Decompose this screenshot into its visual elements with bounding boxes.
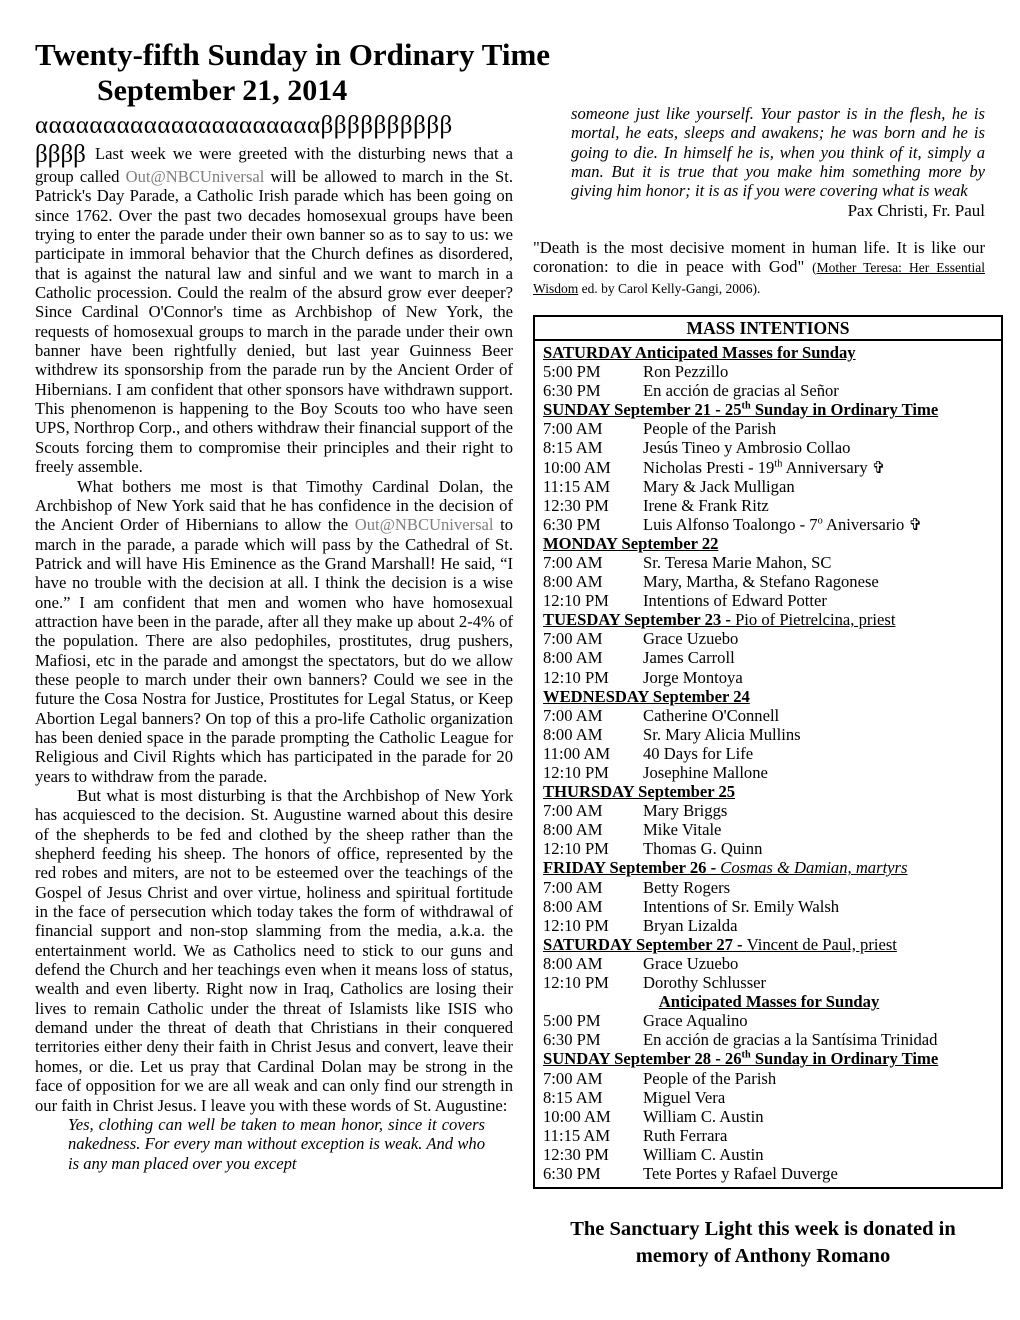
mass-intention: William C. Austin: [643, 1107, 995, 1126]
mass-time: 10:00 AM: [543, 458, 643, 477]
mass-intention: En acción de gracias al Señor: [643, 381, 995, 400]
mass-time: 12:10 PM: [543, 839, 643, 858]
mass-intention: Mary Briggs: [643, 801, 995, 820]
mass-intention: Mike Vitale: [643, 820, 995, 839]
mass-time: 12:10 PM: [543, 763, 643, 782]
mass-intention: People of the Parish: [643, 1069, 995, 1088]
mass-intention-row: 5:00 PMRon Pezzillo: [543, 362, 995, 381]
mass-time: 5:00 PM: [543, 362, 643, 381]
mass-intention: Sr. Mary Alicia Mullins: [643, 725, 995, 744]
augustine-quote: Yes, clothing can well be taken to mean …: [68, 1115, 485, 1173]
mass-time: 11:00 AM: [543, 744, 643, 763]
mass-intention: Thomas G. Quinn: [643, 839, 995, 858]
mass-intention-row: 11:15 AMMary & Jack Mulligan: [543, 477, 995, 496]
mass-intentions-title: MASS INTENTIONS: [535, 317, 1001, 341]
mass-intention-row: 8:00 AMGrace Uzuebo: [543, 954, 995, 973]
mass-time: 12:10 PM: [543, 973, 643, 992]
mass-intentions-day-header: Anticipated Masses for Sunday: [543, 992, 995, 1011]
greek-placeholder-line: αααααααααααααααααααααββββββββββ: [35, 109, 513, 142]
mass-intentions-table: MASS INTENTIONS SATURDAY Anticipated Mas…: [533, 315, 1003, 1189]
mass-intention: Grace Uzuebo: [643, 629, 995, 648]
mass-time: 5:00 PM: [543, 1011, 643, 1030]
mass-intention-row: 12:10 PMThomas G. Quinn: [543, 839, 995, 858]
mass-intention-row: 6:30 PMTete Portes y Rafael Duverge: [543, 1164, 995, 1183]
mass-time: 11:15 AM: [543, 1126, 643, 1145]
mass-intentions-body: SATURDAY Anticipated Masses for Sunday5:…: [535, 341, 1001, 1187]
mass-time: 7:00 AM: [543, 419, 643, 438]
mass-intentions-day-header: SUNDAY September 21 - 25th Sunday in Ord…: [543, 400, 995, 419]
mass-intention-row: 12:30 PMIrene & Frank Ritz: [543, 496, 995, 515]
sanctuary-light-line: memory of Anthony Romano: [533, 1243, 993, 1270]
mass-intention: Grace Uzuebo: [643, 954, 995, 973]
mass-intention-row: 7:00 AMPeople of the Parish: [543, 419, 995, 438]
mass-time: 7:00 AM: [543, 706, 643, 725]
letter-paragraph: But what is most disturbing is that the …: [35, 786, 513, 1115]
page-date: September 21, 2014: [97, 73, 513, 109]
mass-intention-row: 8:00 AMIntentions of Sr. Emily Walsh: [543, 897, 995, 916]
mass-intention: Betty Rogers: [643, 878, 995, 897]
mass-intention: Miguel Vera: [643, 1088, 995, 1107]
mass-intention-row: 7:00 AMCatherine O'Connell: [543, 706, 995, 725]
mass-intention-row: 8:00 AMMary, Martha, & Stefano Ragonese: [543, 572, 995, 591]
mass-intention-row: 7:00 AMBetty Rogers: [543, 878, 995, 897]
mass-time: 8:00 AM: [543, 820, 643, 839]
mass-intention-row: 8:15 AMMiguel Vera: [543, 1088, 995, 1107]
letter-paragraph: What bothers me most is that Timothy Car…: [35, 477, 513, 787]
mass-time: 7:00 AM: [543, 553, 643, 572]
mass-intention: Jorge Montoya: [643, 668, 995, 687]
mass-intention: Ruth Ferrara: [643, 1126, 995, 1145]
mass-intention-row: 12:10 PMDorothy Schlusser: [543, 973, 995, 992]
sanctuary-light-notice: The Sanctuary Light this week is donated…: [533, 1216, 993, 1270]
mass-intention-row: 7:00 AMGrace Uzuebo: [543, 629, 995, 648]
signature: Pax Christi, Fr. Paul: [533, 201, 985, 221]
mass-intention: Grace Aqualino: [643, 1011, 995, 1030]
bulletin-page: Twenty-fifth Sunday in Ordinary Time Sep…: [0, 0, 1020, 1320]
mass-intention: Sr. Teresa Marie Mahon, SC: [643, 553, 995, 572]
mass-intention-row: 11:00 AM40 Days for Life: [543, 744, 995, 763]
mass-time: 7:00 AM: [543, 801, 643, 820]
mass-intentions-day-header: THURSDAY September 25: [543, 782, 995, 801]
mass-intention-row: 12:10 PMBryan Lizalda: [543, 916, 995, 935]
mass-intentions-day-header: SATURDAY Anticipated Masses for Sunday: [543, 343, 995, 362]
mass-intention-row: 11:15 AMRuth Ferrara: [543, 1126, 995, 1145]
mass-time: 7:00 AM: [543, 878, 643, 897]
mass-intention: People of the Parish: [643, 419, 995, 438]
mass-intention-row: 6:30 PMEn acción de gracias al Señor: [543, 381, 995, 400]
mass-intention-row: 7:00 AMPeople of the Parish: [543, 1069, 995, 1088]
mass-time: 8:00 AM: [543, 897, 643, 916]
mass-time: 8:15 AM: [543, 438, 643, 457]
mass-intention-row: 8:00 AMJames Carroll: [543, 648, 995, 667]
mass-intention: Tete Portes y Rafael Duverge: [643, 1164, 995, 1183]
mass-intention: En acción de gracias a la Santísima Trin…: [643, 1030, 995, 1049]
mass-time: 8:00 AM: [543, 725, 643, 744]
mass-time: 6:30 PM: [543, 515, 643, 534]
mass-intentions-day-header: WEDNESDAY September 24: [543, 687, 995, 706]
sanctuary-light-line: The Sanctuary Light this week is donated…: [533, 1216, 993, 1243]
mass-intention-row: 8:15 AMJesús Tineo y Ambrosio Collao: [543, 438, 995, 457]
mass-time: 6:30 PM: [543, 1164, 643, 1183]
mass-intention-row: 5:00 PMGrace Aqualino: [543, 1011, 995, 1030]
mass-intention-row: 10:00 AMNicholas Presti - 19th Anniversa…: [543, 458, 995, 477]
mass-time: 12:10 PM: [543, 916, 643, 935]
mass-intention-row: 12:10 PMIntentions of Edward Potter: [543, 591, 995, 610]
mass-intention: Ron Pezzillo: [643, 362, 995, 381]
letter-paragraph: ββββ Last week we were greeted with the …: [35, 142, 513, 477]
mass-intention-row: 12:10 PMJosephine Mallone: [543, 763, 995, 782]
augustine-quote-continued: someone just like yourself. Your pastor …: [571, 104, 985, 201]
pastor-letter: ββββ Last week we were greeted with the …: [35, 142, 513, 1115]
mass-intention-row: 8:00 AMSr. Mary Alicia Mullins: [543, 725, 995, 744]
mass-intention: Josephine Mallone: [643, 763, 995, 782]
mass-intention: James Carroll: [643, 648, 995, 667]
mass-intentions-day-header: SATURDAY September 27 - Vincent de Paul,…: [543, 935, 995, 954]
mass-time: 6:30 PM: [543, 1030, 643, 1049]
mass-time: 8:00 AM: [543, 648, 643, 667]
mass-intention: Catherine O'Connell: [643, 706, 995, 725]
mass-time: 11:15 AM: [543, 477, 643, 496]
mass-intention: William C. Austin: [643, 1145, 995, 1164]
left-column: Twenty-fifth Sunday in Ordinary Time Sep…: [35, 36, 513, 1173]
mass-intention-row: 12:10 PMJorge Montoya: [543, 668, 995, 687]
mass-intention: Irene & Frank Ritz: [643, 496, 995, 515]
mass-intention: Jesús Tineo y Ambrosio Collao: [643, 438, 995, 457]
mass-time: 12:10 PM: [543, 668, 643, 687]
mass-intention-row: 6:30 PMLuis Alfonso Toalongo - 7o Aniver…: [543, 515, 995, 534]
page-title: Twenty-fifth Sunday in Ordinary Time: [35, 36, 513, 73]
mass-intention: Bryan Lizalda: [643, 916, 995, 935]
mass-intention-row: 12:30 PMWilliam C. Austin: [543, 1145, 995, 1164]
mass-intention-row: 6:30 PMEn acción de gracias a la Santísi…: [543, 1030, 995, 1049]
mass-time: 8:00 AM: [543, 572, 643, 591]
mass-intentions-day-header: TUESDAY September 23 - Pio of Pietrelcin…: [543, 610, 995, 629]
right-column: someone just like yourself. Your pastor …: [533, 104, 1003, 1270]
mass-intention: 40 Days for Life: [643, 744, 995, 763]
mass-time: 7:00 AM: [543, 629, 643, 648]
mass-time: 7:00 AM: [543, 1069, 643, 1088]
mass-time: 8:00 AM: [543, 954, 643, 973]
mother-teresa-quote: "Death is the most decisive moment in hu…: [533, 238, 985, 298]
mass-intentions-day-header: FRIDAY September 26 - Cosmas & Damian, m…: [543, 858, 995, 877]
mass-intention-row: 8:00 AMMike Vitale: [543, 820, 995, 839]
mass-intention: Mary, Martha, & Stefano Ragonese: [643, 572, 995, 591]
mass-intention: Dorothy Schlusser: [643, 973, 995, 992]
mass-time: 12:30 PM: [543, 1145, 643, 1164]
mass-time: 12:10 PM: [543, 591, 643, 610]
mass-time: 10:00 AM: [543, 1107, 643, 1126]
mass-intention: Intentions of Edward Potter: [643, 591, 995, 610]
mass-intention: Mary & Jack Mulligan: [643, 477, 995, 496]
mass-intention: Luis Alfonso Toalongo - 7o Aniversario ✞: [643, 515, 995, 534]
mass-intention: Nicholas Presti - 19th Anniversary ✞: [643, 458, 995, 477]
mass-intention-row: 10:00 AMWilliam C. Austin: [543, 1107, 995, 1126]
mass-intention-row: 7:00 AMMary Briggs: [543, 801, 995, 820]
mass-intentions-day-header: SUNDAY September 28 - 26th Sunday in Ord…: [543, 1049, 995, 1068]
mass-intention: Intentions of Sr. Emily Walsh: [643, 897, 995, 916]
mass-time: 6:30 PM: [543, 381, 643, 400]
mass-time: 12:30 PM: [543, 496, 643, 515]
mass-time: 8:15 AM: [543, 1088, 643, 1107]
mass-intention-row: 7:00 AMSr. Teresa Marie Mahon, SC: [543, 553, 995, 572]
mass-intentions-day-header: MONDAY September 22: [543, 534, 995, 553]
